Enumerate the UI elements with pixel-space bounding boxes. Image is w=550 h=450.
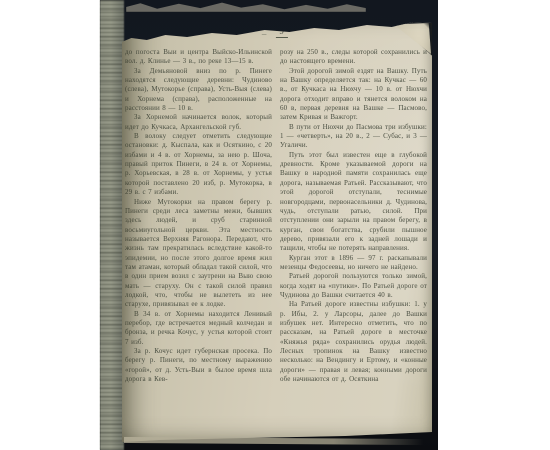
book-page-photo: – 9 до погоста Выи и центра Выйско-Ильин… <box>100 0 438 450</box>
page-header: – 9 <box>262 26 288 39</box>
paragraph: В 34 в. от Хорнемы находится Ленивый пер… <box>125 310 272 347</box>
paragraph: розу на 250 в., следы которой сохранилис… <box>280 48 427 67</box>
bottom-page-edge <box>124 437 424 445</box>
text-columns: до погоста Выи и центра Выйско-Ильинской… <box>125 48 427 436</box>
paragraph: За р. Кочус идет губернская просека. По … <box>125 347 272 384</box>
paragraph: За Хорнемой начинается волок, который ид… <box>125 113 272 132</box>
product-photo-canvas: – 9 до погоста Выи и центра Выйско-Ильин… <box>0 0 550 450</box>
text-column-left: до погоста Выи и центра Выйско-Ильинской… <box>125 48 272 436</box>
paragraph: Ратьей дорогой пользуются только зимой, … <box>280 272 427 300</box>
page-number: 9 <box>275 26 288 38</box>
text-column-right: розу на 250 в., следы которой сохранилис… <box>280 48 427 436</box>
paragraph: Этой дорогой зимой ездят на Вашку. Путь … <box>280 67 427 123</box>
paragraph: Ниже Мутокорки на правом берегу р. Пинег… <box>125 198 272 310</box>
paragraph: На Ратьей дороге известны избушки: 1. у … <box>280 300 427 384</box>
paragraph: За Демьяновой вниз по р. Пинеге находятс… <box>125 67 272 114</box>
paragraph: В волоку следует отметить следующие оста… <box>125 132 272 197</box>
paragraph: до погоста Выи и центра Выйско-Ильинской… <box>125 48 272 67</box>
paragraph: В пути от Нюхчи до Пасмова три избушки: … <box>280 123 427 151</box>
book-page: – 9 до погоста Выи и центра Выйско-Ильин… <box>122 12 432 444</box>
torn-top-page-edge <box>126 1 366 12</box>
page-header-dash: – <box>262 29 266 39</box>
paragraph: Курган этот в 1896 — 97 г. раскапывали м… <box>280 254 427 273</box>
page-gutter-texture <box>100 0 124 450</box>
paragraph: Путь этот был известен еще в глубокой др… <box>280 151 427 254</box>
